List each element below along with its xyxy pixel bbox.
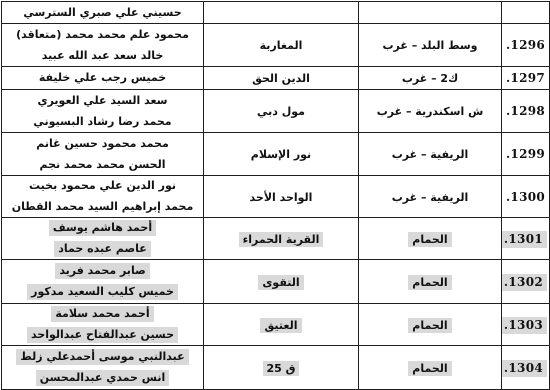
mosque-cell: المغاربة [204, 24, 359, 67]
imam-names-cell: محمد محمود حسين غانم الحسن محمد محمد نجم [2, 133, 204, 176]
table-row: .1299 الريفية – غرب نور الإسلام محمد محم… [2, 133, 550, 176]
district: وسط البلد – غرب [382, 39, 477, 53]
imam-names-cell: أحمد محمد سلامة حسين عبدالفتاح عبدالواحد [2, 304, 204, 346]
district-cell: وسط البلد – غرب [359, 24, 502, 67]
district: الريفية – غرب [392, 191, 469, 205]
table-row: .1298 ش اسكندرية – غرب مول دبي سعد السيد… [2, 90, 550, 133]
table-row: حسيني علي صبري السترسي [2, 2, 550, 24]
row-number: .1296 [506, 38, 545, 53]
table-row: .1297 ك2 – غرب الدين الحق خميس رجب علي خ… [2, 67, 550, 90]
row-number: .1301 [502, 231, 548, 248]
row-number: .1304 [502, 360, 548, 377]
mosque-name: القرية الحمراء [239, 232, 324, 248]
row-number-cell: .1301 [502, 218, 550, 260]
imam-name: محمد محمود حسين غانم [36, 137, 169, 151]
imam-name: خميس رجب علي خليفة [39, 71, 166, 85]
mosque-cell: العتيق [204, 304, 359, 346]
imam-names-cell: حسيني علي صبري السترسي [2, 2, 204, 24]
row-number: .1297 [506, 71, 545, 86]
mosque-name: المغاربة [260, 39, 303, 53]
imam-name: الحسن محمد محمد نجم [39, 158, 165, 172]
imam-name: نور الدين علي محمود بخيت [29, 179, 176, 193]
row-number-cell: .1298 [502, 90, 550, 133]
mosque-cell [204, 2, 359, 24]
imam-name: أحمد محمد سلامة [51, 306, 153, 322]
mosque-cell: الدين الحق [204, 67, 359, 90]
mosque-cell: القرية الحمراء [204, 218, 359, 260]
district: الريفية – غرب [392, 148, 469, 162]
mosque-cell: الواحد الأحد [204, 176, 359, 218]
district-cell: الحمام [359, 218, 502, 260]
row-number-cell [502, 2, 550, 24]
district-cell: الحمام [359, 304, 502, 346]
imam-name: عبدالنبي موسى أحمدعلي زلط [16, 349, 188, 365]
table-row: .1303 الحمام العتيق أحمد محمد سلامة حسين… [2, 304, 550, 346]
mosque-cell: ق 25 [204, 346, 359, 390]
table-row: .1300 الريفية – غرب الواحد الأحد نور الد… [2, 176, 550, 218]
row-number-cell: .1303 [502, 304, 550, 346]
mosque-cell: نور الإسلام [204, 133, 359, 176]
district-cell: الريفية – غرب [359, 133, 502, 176]
district: الحمام [408, 232, 451, 248]
imam-names-cell: أحمد هاشم يوسف عاصم عبده حماد [2, 218, 204, 260]
row-number: .1303 [502, 317, 548, 334]
imam-name: حسين عبدالفتاح عبدالواحد [27, 327, 178, 343]
table-row: .1296 وسط البلد – غرب المغاربة محمود علم… [2, 24, 550, 67]
imam-name: صابر محمد فريد [55, 263, 149, 279]
imam-name: انس حمدي عبدالمحسن [36, 370, 170, 386]
row-number: .1299 [506, 147, 545, 162]
imam-names-cell: سعد السيد علي العويري محمد رضا رشاد البس… [2, 90, 204, 133]
imam-name: محمد رضا رشاد البسيوني [33, 115, 171, 129]
imam-name: خالد سعد عبد الله عبيد [42, 49, 164, 63]
row-number: .1300 [506, 190, 545, 205]
imam-names-cell: صابر محمد فريد خميس كليب السعيد مدكور [2, 260, 204, 304]
district: ش اسكندرية – غرب [377, 105, 484, 119]
district-cell: ش اسكندرية – غرب [359, 90, 502, 133]
mosque-assignments-table: حسيني علي صبري السترسي .1296 وسط البلد –… [1, 1, 550, 390]
row-number-cell: .1297 [502, 67, 550, 90]
row-number: .1298 [506, 104, 545, 119]
document-page: حسيني علي صبري السترسي .1296 وسط البلد –… [0, 0, 550, 390]
imam-name: حسيني علي صبري السترسي [23, 6, 181, 20]
mosque-name: نور الإسلام [251, 148, 311, 162]
imam-name: سعد السيد علي العويري [38, 94, 168, 108]
mosque-cell: مول دبي [204, 90, 359, 133]
district-cell: ك2 – غرب [359, 67, 502, 90]
mosque-name: مول دبي [257, 105, 305, 119]
mosque-name: الواحد الأحد [250, 191, 313, 205]
district-cell: الحمام [359, 260, 502, 304]
district: ك2 – غرب [402, 72, 458, 86]
mosque-name: ق 25 [263, 361, 300, 377]
district: الحمام [408, 275, 451, 291]
imam-names-cell: عبدالنبي موسى أحمدعلي زلط انس حمدي عبدال… [2, 346, 204, 390]
imam-names-cell: محمود علم محمد محمد (متعاقد) خالد سعد عب… [2, 24, 204, 67]
table-row: .1302 الحمام التقوى صابر محمد فريد خميس … [2, 260, 550, 304]
row-number-cell: .1296 [502, 24, 550, 67]
imam-names-cell: خميس رجب علي خليفة [2, 67, 204, 90]
district: الحمام [408, 318, 451, 334]
mosque-cell: التقوى [204, 260, 359, 304]
mosque-name: الدين الحق [252, 72, 310, 86]
imam-name: محمود علم محمد محمد (متعاقد) [16, 28, 189, 42]
district-cell: الحمام [359, 346, 502, 390]
imam-names-cell: نور الدين علي محمود بخيت محمد إبراهيم ال… [2, 176, 204, 218]
row-number: .1302 [502, 274, 548, 291]
row-number-cell: .1299 [502, 133, 550, 176]
district: الحمام [408, 361, 451, 377]
imam-name: خميس كليب السعيد مدكور [27, 284, 178, 300]
table-row: .1304 الحمام ق 25 عبدالنبي موسى أحمدعلي … [2, 346, 550, 390]
district-cell: الريفية – غرب [359, 176, 502, 218]
row-number-cell: .1302 [502, 260, 550, 304]
mosque-name: التقوى [258, 275, 303, 291]
table-row: .1301 الحمام القرية الحمراء أحمد هاشم يو… [2, 218, 550, 260]
district-cell [359, 2, 502, 24]
row-number-cell: .1300 [502, 176, 550, 218]
imam-name: محمد إبراهيم السيد محمد القطان [12, 200, 194, 214]
imam-name: عاصم عبده حماد [54, 241, 151, 257]
imam-name: أحمد هاشم يوسف [49, 220, 156, 236]
row-number-cell: .1304 [502, 346, 550, 390]
mosque-name: العتيق [260, 318, 301, 334]
